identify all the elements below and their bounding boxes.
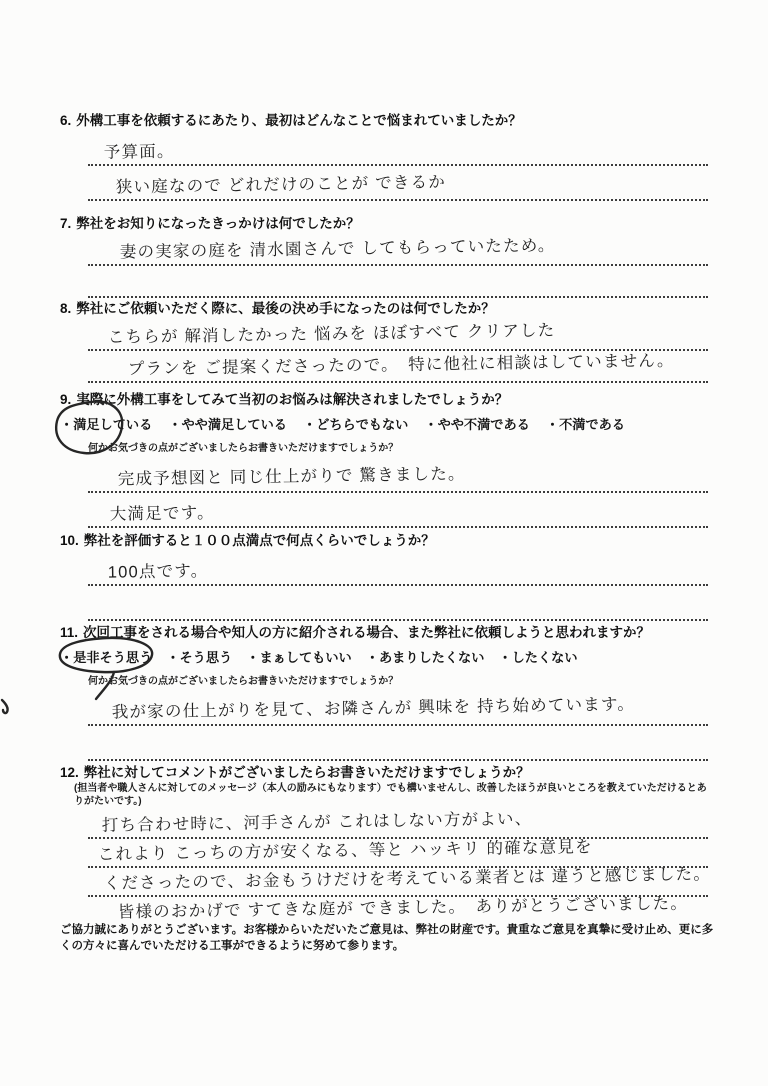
handwritten-answer: 打ち合わせ時に、河手さんが これはしない方がよい、 bbox=[88, 809, 533, 837]
handwritten-answer: プランを ご提案くださったので。 特に他社に相談はしていません。 bbox=[88, 351, 675, 381]
question-number: 8. bbox=[60, 300, 71, 317]
question-number: 10. bbox=[60, 532, 79, 549]
option-bullet: ・ bbox=[498, 650, 511, 665]
question-number: 12. bbox=[60, 764, 79, 781]
question-note: (担当者や職人さんに対してのメッセージ（本人の励みにもなります）でも構いませんし… bbox=[74, 782, 714, 808]
handwritten-answer: 予算面。 bbox=[88, 142, 175, 164]
handwritten-answer: 100点です。 bbox=[88, 561, 209, 584]
question-7-heading: 7. 弊社をお知りになったきっかけは何でしたか？ bbox=[60, 215, 714, 232]
question-10: 10. 弊社を評価すると１００点満点で何点くらいでしょうか？ 100点です。 bbox=[60, 532, 714, 621]
option-label: やや不満である bbox=[438, 417, 530, 432]
question-10-heading: 10. 弊社を評価すると１００点満点で何点くらいでしょうか？ bbox=[60, 532, 714, 549]
option-bullet: ・ bbox=[168, 417, 181, 432]
followup-label: 何かお気づきの点がございましたらお書きいただけますでしょうか？ bbox=[88, 675, 714, 689]
question-text: 次回工事をされる場合や知人の方に紹介される場合、また弊社に依頼しようと思われます… bbox=[83, 624, 714, 641]
option-label: そう思う bbox=[180, 650, 233, 665]
option-label: どちらでもない bbox=[316, 417, 408, 432]
answer-line: 打ち合わせ時に、河手さんが これはしない方がよい、 bbox=[88, 810, 708, 839]
answer-line: 皆様のおかげで すてきな庭が できました。 ありがとうございました。 bbox=[88, 897, 708, 924]
question-11: 11. 次回工事をされる場合や知人の方に紹介される場合、また弊社に依頼しようと思… bbox=[60, 624, 714, 761]
question-number: 7. bbox=[60, 215, 71, 232]
option-bullet: ・ bbox=[546, 417, 559, 432]
option: ・したくない bbox=[498, 647, 577, 669]
handwritten-answer: 我が家の仕上がりを見て、お隣さんが 興味を 持ち始めています。 bbox=[88, 694, 635, 724]
option-label: 是非そう思う bbox=[73, 650, 152, 665]
handwritten-answer: 大満足です。 bbox=[88, 503, 215, 526]
answer-line: 狭い庭なので どれだけのことが できるか bbox=[88, 166, 708, 201]
question-8-heading: 8. 弊社にご依頼いただく際に、最後の決め手になったのは何でしたか？ bbox=[60, 300, 714, 317]
option-label: あまりしたくない bbox=[379, 650, 485, 665]
option: ・やや不満である bbox=[424, 414, 530, 436]
option-label: やや満足している bbox=[182, 417, 288, 432]
answer-line: 妻の実家の庭を 清水園さんで してもらっていたため。 bbox=[88, 234, 708, 266]
option-label: したくない bbox=[512, 650, 578, 665]
handwritten-answer: 妻の実家の庭を 清水園さんで してもらっていたため。 bbox=[88, 236, 556, 264]
option-label: 不満である bbox=[559, 417, 625, 432]
option: ・やや満足している bbox=[168, 414, 287, 436]
satisfaction-options-row: ・満足している ・やや満足している ・どちらでもない ・やや不満である ・不満で… bbox=[60, 414, 714, 436]
option-selected: ・満足している bbox=[60, 414, 152, 436]
option-bullet: ・ bbox=[60, 417, 73, 432]
question-text: 弊社に対してコメントがございましたらお書きいただけますでしょうか？ bbox=[84, 764, 714, 781]
followup-label: 何かお気づきの点がございましたらお書きいただけますでしょうか？ bbox=[88, 442, 714, 456]
option-bullet: ・ bbox=[424, 417, 437, 432]
option: ・不満である bbox=[546, 414, 625, 436]
option-bullet: ・ bbox=[246, 650, 259, 665]
option: ・あまりしたくない bbox=[366, 647, 485, 669]
question-text: 弊社を評価すると１００点満点で何点くらいでしょうか？ bbox=[84, 532, 714, 549]
option-bullet: ・ bbox=[366, 650, 379, 665]
option-label: まぁしてもいい bbox=[259, 650, 351, 665]
answer-line: 予算面。 bbox=[88, 131, 708, 166]
option: ・まぁしてもいい bbox=[246, 647, 352, 669]
handwritten-answer: くださったので、お金もうけだけを考えている業者とは 違うと感じました。 bbox=[88, 864, 712, 895]
option-bullet: ・ bbox=[60, 650, 73, 665]
answer-line bbox=[88, 586, 708, 621]
question-number: 11. bbox=[60, 624, 78, 641]
question-text: 外構工事を依頼するにあたり、最初はどんなことで悩まれていましたか？ bbox=[76, 112, 714, 129]
option-selected: ・是非そう思う bbox=[60, 647, 152, 669]
question-7: 7. 弊社をお知りになったきっかけは何でしたか？ 妻の実家の庭を 清水園さんで … bbox=[60, 215, 714, 298]
question-number: 9. bbox=[60, 391, 71, 408]
answer-line: くださったので、お金もうけだけを考えている業者とは 違うと感じました。 bbox=[88, 868, 708, 897]
question-12: 12. 弊社に対してコメントがございましたらお書きいただけますでしょうか？ (担… bbox=[60, 764, 714, 924]
answer-line: こちらが 解消したかった 悩みを ほぼすべて クリアした bbox=[88, 319, 708, 351]
recommend-options-row: ・是非そう思う ・そう思う ・まぁしてもいい ・あまりしたくない ・したくない bbox=[60, 647, 714, 669]
option-bullet: ・ bbox=[303, 417, 316, 432]
handwritten-answer: 皆様のおかげで すてきな庭が できました。 ありがとうございました。 bbox=[88, 894, 688, 924]
question-6-heading: 6. 外構工事を依頼するにあたり、最初はどんなことで悩まれていましたか？ bbox=[60, 112, 714, 129]
handwritten-answer: これより こっちの方が安くなる、等と ハッキリ 的確な意見を bbox=[88, 837, 593, 866]
answer-line: 100点です。 bbox=[88, 551, 708, 586]
answer-line: 完成予想図と 同じ仕上がりで 驚きました。 bbox=[88, 458, 708, 493]
question-number: 6. bbox=[60, 112, 71, 129]
handwritten-answer: 狭い庭なので どれだけのことが できるか bbox=[88, 172, 446, 199]
pen-mark-icon bbox=[0, 696, 16, 716]
option: ・どちらでもない bbox=[303, 414, 408, 436]
answer-line: 我が家の仕上がりを見て、お隣さんが 興味を 持ち始めています。 bbox=[88, 691, 708, 726]
question-6: 6. 外構工事を依頼するにあたり、最初はどんなことで悩まれていましたか？ 予算面… bbox=[60, 112, 714, 201]
question-12-heading: 12. 弊社に対してコメントがございましたらお書きいただけますでしょうか？ bbox=[60, 764, 714, 781]
answer-line: プランを ご提案くださったので。 特に他社に相談はしていません。 bbox=[88, 351, 708, 383]
handwritten-answer: こちらが 解消したかった 悩みを ほぼすべて クリアした bbox=[88, 321, 556, 349]
question-11-heading: 11. 次回工事をされる場合や知人の方に紹介される場合、また弊社に依頼しようと思… bbox=[60, 624, 714, 641]
question-text: 弊社にご依頼いただく際に、最後の決め手になったのは何でしたか？ bbox=[76, 300, 714, 317]
answer-line bbox=[88, 726, 708, 761]
answer-line: これより こっちの方が安くなる、等と ハッキリ 的確な意見を bbox=[88, 839, 708, 868]
handwritten-answer: 完成予想図と 同じ仕上がりで 驚きました。 bbox=[88, 464, 466, 491]
question-8: 8. 弊社にご依頼いただく際に、最後の決め手になったのは何でしたか？ こちらが … bbox=[60, 300, 714, 383]
option-bullet: ・ bbox=[166, 650, 179, 665]
answer-line bbox=[88, 266, 708, 298]
question-text: 実際に外構工事をしてみて当初のお悩みは解決されましたでしょうか？ bbox=[76, 391, 714, 408]
footer-note: ご協力誠にありがとうございます。お客様からいただいたご意見は、弊社の財産です。貴… bbox=[60, 922, 714, 954]
question-9: 9. 実際に外構工事をしてみて当初のお悩みは解決されましたでしょうか？ ・満足し… bbox=[60, 391, 714, 528]
option-label: 満足している bbox=[73, 417, 152, 432]
option: ・そう思う bbox=[166, 647, 232, 669]
answer-line: 大満足です。 bbox=[88, 493, 708, 528]
question-text: 弊社をお知りになったきっかけは何でしたか？ bbox=[76, 215, 714, 232]
question-9-heading: 9. 実際に外構工事をしてみて当初のお悩みは解決されましたでしょうか？ bbox=[60, 391, 714, 408]
scanned-survey-page: 6. 外構工事を依頼するにあたり、最初はどんなことで悩まれていましたか？ 予算面… bbox=[0, 0, 768, 1086]
